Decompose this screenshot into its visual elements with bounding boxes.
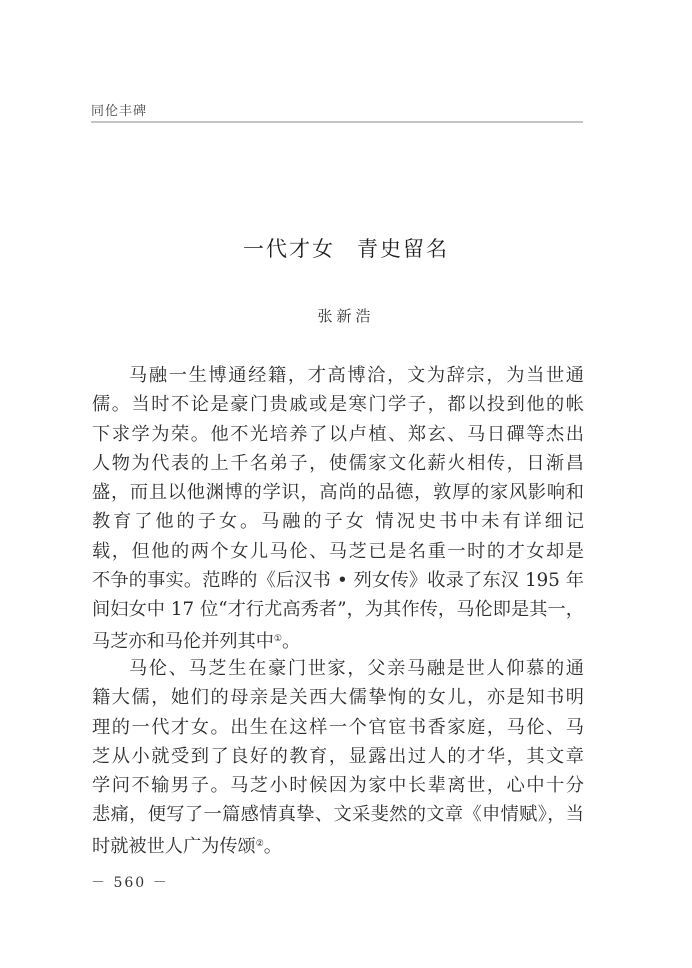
- header-rule: [91, 121, 583, 123]
- running-header: 同伦丰碑: [91, 100, 147, 119]
- footnote-marker-1[interactable]: ①: [274, 634, 282, 644]
- article-title: 一代才女青史留名: [0, 233, 692, 263]
- text-line: 悲痛，便写了一篇感情真挚、文采斐然的文章《申情赋》，当: [92, 800, 584, 829]
- text-line: 儒。当时不论是豪门贵戚或是寒门学子，都以投到他的帐: [92, 390, 584, 419]
- text-line: 盛，而且以他渊博的学识，高尚的品德，敦厚的家风影响和: [92, 478, 584, 507]
- paragraph-2: 马伦、马芝生在豪门世家，父亲马融是世人仰慕的通 籍大儒，她们的母亲是关西大儒挚恂…: [92, 654, 584, 859]
- text-line: 马芝亦和马伦并列其中①。: [92, 625, 584, 654]
- title-part-2: 青史留名: [357, 237, 449, 261]
- line-end: 。: [282, 631, 300, 652]
- text-line: 学问不输男子。马芝小时候因为家中长辈离世，心中十分: [92, 771, 584, 800]
- article-body: 马融一生博通经籍，才高博洽，文为辞宗，为当世通 儒。当时不论是豪门贵戚或是寒门学…: [92, 361, 584, 859]
- text-line: 马伦、马芝生在豪门世家，父亲马融是世人仰慕的通: [92, 654, 584, 683]
- text-line: 理的一代才女。出生在这样一个官宦书香家庭，马伦、马: [92, 713, 584, 742]
- text-line: 人物为代表的上千名弟子，使儒家文化薪火相传，日渐昌: [92, 449, 584, 478]
- page-number: － 560 －: [91, 872, 169, 892]
- author-name: 张新浩: [0, 305, 692, 326]
- line-text: 时就被世人广为传颂: [92, 836, 256, 857]
- footnote-marker-2[interactable]: ②: [256, 839, 264, 849]
- paragraph-1: 马融一生博通经籍，才高博洽，文为辞宗，为当世通 儒。当时不论是豪门贵戚或是寒门学…: [92, 361, 584, 654]
- text-line: 时就被世人广为传颂②。: [92, 830, 584, 859]
- title-part-1: 一代才女: [243, 237, 335, 261]
- line-end: 。: [264, 836, 282, 857]
- text-line: 不争的事实。范晔的《后汉书 • 列女传》收录了东汉 195 年: [92, 566, 584, 595]
- line-text: 马芝亦和马伦并列其中: [92, 631, 274, 652]
- text-line: 教育了他的子女。马融的子女 情况史书中未有详细记: [92, 507, 584, 536]
- text-line: 马融一生博通经籍，才高博洽，文为辞宗，为当世通: [92, 361, 584, 390]
- text-line: 下求学为荣。他不光培养了以卢植、郑玄、马日磾等杰出: [92, 420, 584, 449]
- text-line: 载，但他的两个女儿马伦、马芝已是名重一时的才女却是: [92, 537, 584, 566]
- text-line: 间妇女中 17 位“才行尤高秀者”，为其作传，马伦即是其一，: [92, 595, 584, 624]
- text-line: 籍大儒，她们的母亲是关西大儒挚恂的女儿，亦是知书明: [92, 683, 584, 712]
- text-line: 芝从小就受到了良好的教育，显露出过人的才华，其文章: [92, 742, 584, 771]
